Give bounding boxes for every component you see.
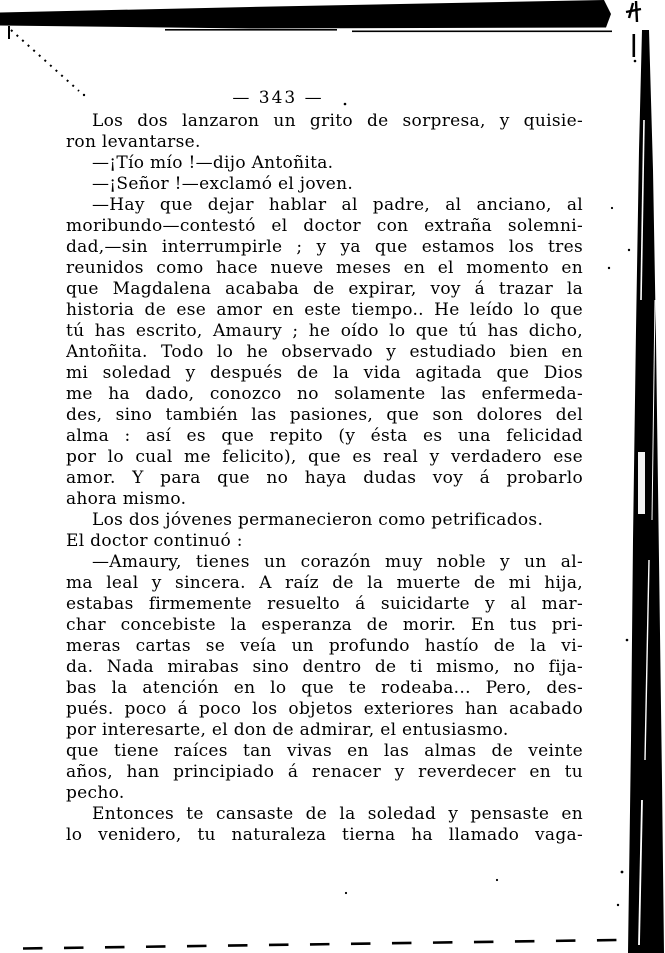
text-line: ma leal y sincera. A raíz de la muerte d…	[66, 573, 583, 594]
body-text-block: Los dos lanzaron un grito de sorpresa, y…	[66, 111, 583, 846]
scan-gutter-edge-specks	[617, 249, 630, 906]
scan-top-band-artifact	[0, 0, 611, 29]
text-line: que tiene raíces tan vivas en las almas …	[66, 741, 583, 762]
text-line: El doctor continuó :	[66, 531, 583, 552]
text-line: Antoñita. Todo lo he observado y estudia…	[66, 342, 583, 363]
text-line: Los dos lanzaron un grito de sorpresa, y…	[66, 111, 583, 132]
text-line: des, sino también las pasiones, que son …	[66, 405, 583, 426]
text-line: —Hay que dejar hablar al padre, al ancia…	[66, 195, 583, 216]
text-line: por lo cual me felicito), que es real y …	[66, 447, 583, 468]
text-line: me ha dado, conozco no solamente las enf…	[66, 384, 583, 405]
text-line: por interesarte, el don de admirar, el e…	[66, 720, 583, 741]
text-line: moribundo—contestó el doctor con extraña…	[66, 216, 583, 237]
text-line: lo venidero, tu naturaleza tierna ha lla…	[66, 825, 583, 846]
text-line: char concebiste la esperanza de morir. E…	[66, 615, 583, 636]
text-line: estabas firmemente resuelto á suicidarte…	[66, 594, 583, 615]
scan-corner-mark	[626, 1, 641, 22]
text-line: ahora mismo.	[66, 489, 583, 510]
scan-left-diagonal-dots	[11, 30, 79, 91]
text-line: —¡Señor !—exclamó el joven.	[66, 174, 583, 195]
text-line: reunidos como hace nueve meses en el mom…	[66, 258, 583, 279]
text-line: —Amaury, tienes un corazón muy noble y u…	[66, 552, 583, 573]
scanned-book-page: — 343 — Los dos lanzaron un grito de sor…	[0, 0, 665, 953]
scan-bottom-dashed-line	[23, 940, 617, 949]
text-line: meras cartas se veía un profundo hastío …	[66, 636, 583, 657]
scan-top-band-underline	[165, 29, 337, 31]
text-line: da. Nada mirabas sino dentro de ti mismo…	[66, 657, 583, 678]
page-number-header: — 343 —	[20, 88, 536, 108]
scan-speck	[634, 60, 637, 63]
text-line: amor. Y para que no haya dudas voy á pro…	[66, 468, 583, 489]
text-line: dad,—sin interrumpirle ; y ya que estamo…	[66, 237, 583, 258]
text-line: tú has escrito, Amaury ; he oído lo que …	[66, 321, 583, 342]
text-line: alma : así es que repito (y ésta es una …	[66, 426, 583, 447]
text-line: Los dos jóvenes permanecieron como petri…	[66, 510, 583, 531]
text-line: que Magdalena acababa de expirar, voy á …	[66, 279, 583, 300]
scan-gutter-white-patch	[638, 452, 645, 514]
scan-left-fold-line	[8, 26, 10, 39]
scan-gutter-highlights	[639, 120, 655, 945]
text-line: bas la atención en lo que te rodeaba... …	[66, 678, 583, 699]
scan-right-gutter-band	[628, 30, 664, 953]
text-line: —¡Tío mío !—dijo Antoñita.	[66, 153, 583, 174]
text-line: pecho.	[66, 783, 583, 804]
text-line: historia de ese amor en este tiempo.. He…	[66, 300, 583, 321]
text-line: pués. poco á poco los objetos exteriores…	[66, 699, 583, 720]
text-line: mi soledad y después de la vida agitada …	[66, 363, 583, 384]
scan-top-band-underline	[352, 31, 612, 33]
text-line: Entonces te cansaste de la soledad y pen…	[66, 804, 583, 825]
scan-right-tick	[633, 34, 636, 57]
text-line: ron levantarse.	[66, 132, 583, 153]
text-line: años, han principiado á renacer y reverd…	[66, 762, 583, 783]
